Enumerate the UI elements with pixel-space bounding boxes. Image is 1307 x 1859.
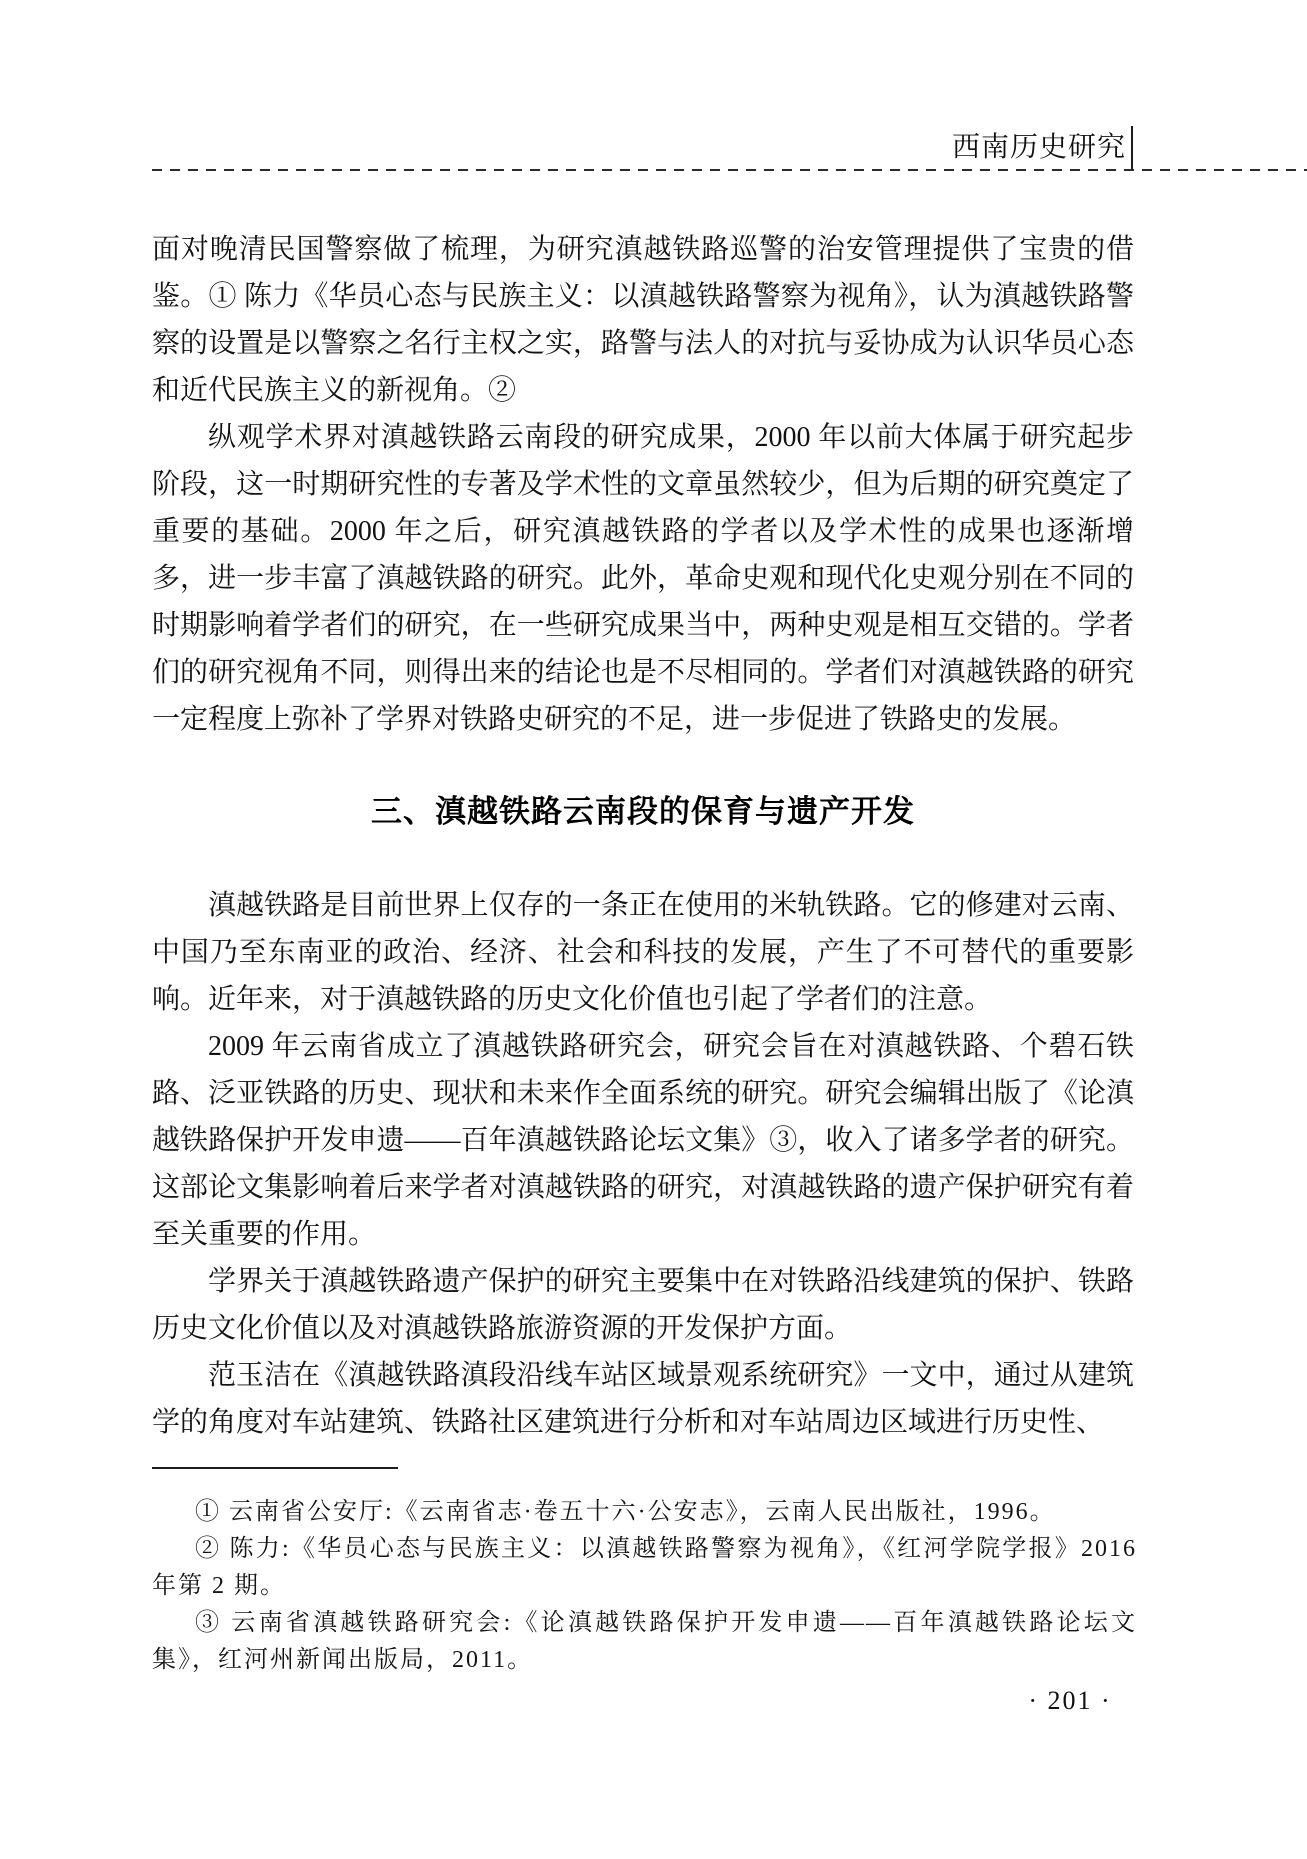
page-number: · 201 ·	[1008, 1686, 1132, 1716]
paragraph: 纵观学术界对滇越铁路云南段的研究成果，2000 年以前大体属于研究起步阶段，这一…	[152, 414, 1134, 743]
paragraph: 学界关于滇越铁路遗产保护的研究主要集中在对铁路沿线建筑的保护、铁路历史文化价值以…	[152, 1258, 1134, 1352]
paragraph-group-bottom: 滇越铁路是目前世界上仅存的一条正在使用的米轨铁路。它的修建对云南、中国乃至东南亚…	[152, 882, 1134, 1446]
footnote: ② 陈力:《华员心态与民族主义：以滇越铁路警察为视角》，《红河学院学报》2016…	[152, 1531, 1137, 1605]
footnotes: ① 云南省公安厅:《云南省志·卷五十六·公安志》，云南人民出版社，1996。② …	[152, 1494, 1137, 1679]
paragraph: 滇越铁路是目前世界上仅存的一条正在使用的米轨铁路。它的修建对云南、中国乃至东南亚…	[152, 882, 1134, 1023]
paragraph: 面对晚清民国警察做了梳理，为研究滇越铁路巡警的治安管理提供了宝贵的借鉴。① 陈力…	[152, 226, 1134, 414]
paragraph-group-top: 面对晚清民国警察做了梳理，为研究滇越铁路巡警的治安管理提供了宝贵的借鉴。① 陈力…	[152, 226, 1134, 743]
footnote: ① 云南省公安厅:《云南省志·卷五十六·公安志》，云南人民出版社，1996。	[152, 1494, 1137, 1531]
document-page: 西南历史研究 面对晚清民国警察做了梳理，为研究滇越铁路巡警的治安管理提供了宝贵的…	[0, 0, 1307, 1859]
body-text: 面对晚清民国警察做了梳理，为研究滇越铁路巡警的治安管理提供了宝贵的借鉴。① 陈力…	[152, 226, 1134, 1446]
paragraph: 2009 年云南省成立了滇越铁路研究会，研究会旨在对滇越铁路、个碧石铁路、泛亚铁…	[152, 1023, 1134, 1258]
footnote: ③ 云南省滇越铁路研究会:《论滇越铁路保护开发申遗——百年滇越铁路论坛文集》，红…	[152, 1605, 1137, 1679]
footnote-separator-rule	[152, 1467, 398, 1469]
header-vertical-rule	[1131, 126, 1133, 170]
running-head-journal-title: 西南历史研究	[950, 131, 1126, 165]
header-dashed-divider	[152, 169, 1307, 171]
paragraph: 范玉洁在《滇越铁路滇段沿线车站区域景观系统研究》一文中，通过从建筑学的角度对车站…	[152, 1352, 1134, 1446]
section-heading: 三、滇越铁路云南段的保育与遗产开发	[152, 788, 1134, 835]
